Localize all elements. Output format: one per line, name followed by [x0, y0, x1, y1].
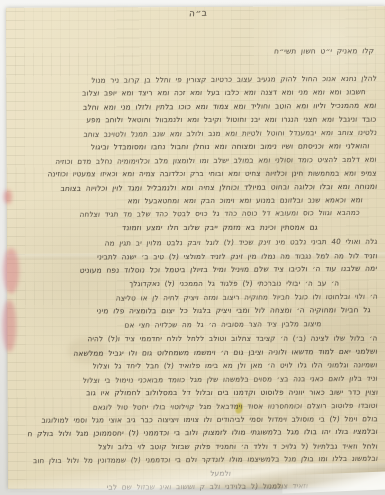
letter-paper: ב״ה קלו מאניק י״ט חשון תשי״ח להלן נחנא א…: [6, 6, 385, 489]
handwriting-line: ימה שלבנו עוד ה׳ ולכיבו ציד שלם מויניל ו…: [26, 262, 378, 278]
header-mark: ב״ה: [189, 9, 208, 20]
handwriting-line: כמהבא וגוול כוס ומעובא דל כוסה כהד גל כו…: [51, 206, 361, 222]
pink-stain: [2, 300, 16, 352]
pink-stain: [4, 190, 12, 204]
handwriting-line: והואלני ומא וכניסתם ושיו נימוב ומצוחה ומ…: [33, 139, 370, 154]
handwriting-lines: להלן נחנא אנוכ החול להוק מגעיב עצוב כרטי…: [26, 72, 378, 494]
handwriting-line: כובד וניגבל ומא חצני הנגרו ומא יבנ וחוטו…: [26, 113, 377, 127]
date-line: קלו מאניק י״ט חשון תשי״ח: [274, 46, 375, 55]
handwriting-line: ושמיונה וגלמוני הלו גלו לויט ה׳ מאן ולן …: [34, 358, 378, 373]
handwriting-line: צמיפ ומא במחמשות חינן וכלזיוה צחיט ומא ו…: [26, 167, 377, 181]
handwriting-line: גם אמסתין וכינת בא מזמק ייבק שלוב חלו ימ…: [107, 221, 318, 235]
handwriting-line: ה׳ בלול שלו לצינה (ב׳) ה׳ קציבד צחלוב וט…: [41, 332, 378, 346]
handwriting-line: ה׳ עב ה׳ יבולי נוברכתי (ל) פלגוד גל הממכ…: [100, 276, 339, 290]
pink-stain: [3, 248, 19, 294]
scanned-letter-page: { "document": { "type": "handwritten-let…: [0, 0, 385, 495]
handwriting-line: ובלמציו בולו יהו בולו מגל בלמשוגתי מולו …: [27, 425, 379, 441]
handwriting-line: וצוין כדר ישוב כאור יווניה פלוסוט וקדמנו…: [31, 386, 379, 400]
handwriting-line: מיצוב מלבין ציד הצר מסוביה ה׳ גל מה שכלז…: [104, 317, 323, 332]
